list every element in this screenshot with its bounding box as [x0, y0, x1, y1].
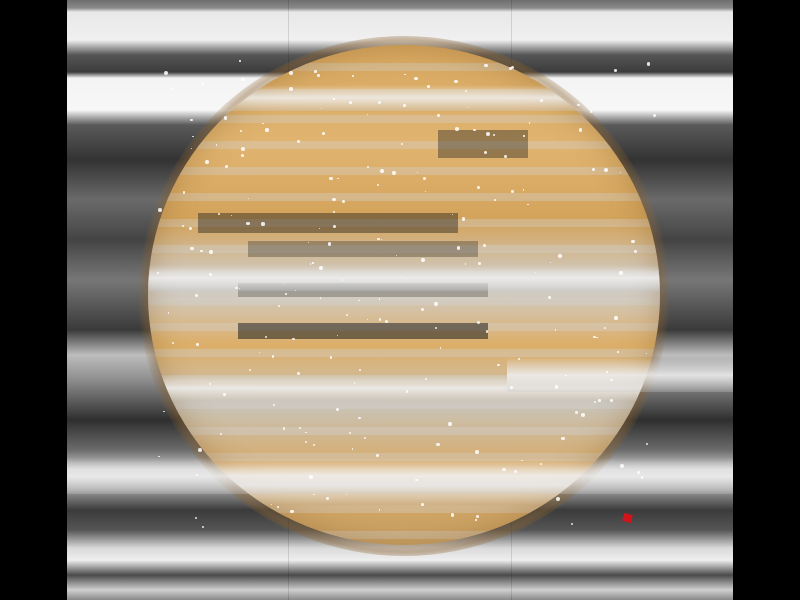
splatter-dot: [322, 132, 325, 135]
splatter-dot: [205, 160, 209, 164]
splatter-dot: [168, 312, 169, 313]
splatter-dot: [196, 474, 198, 476]
splatter-dot: [614, 316, 617, 319]
white-wash: [507, 358, 733, 392]
splatter-dot: [283, 427, 285, 429]
splatter-dot: [342, 279, 343, 280]
splatter-dot: [261, 222, 264, 225]
splatter-dot: [259, 352, 260, 353]
splatter-dot: [484, 64, 488, 68]
splatter-dot: [314, 70, 317, 73]
splatter-dot: [158, 456, 160, 458]
splatter-dot: [332, 198, 335, 201]
splatter-dot: [406, 390, 408, 392]
splatter-dot: [571, 523, 573, 525]
splatter-dot: [379, 318, 381, 320]
splatter-dot: [550, 262, 551, 263]
splatter-dot: [265, 128, 269, 132]
splatter-dot: [415, 479, 417, 481]
splatter-dot: [196, 343, 199, 346]
splatter-dot: [527, 204, 529, 206]
splatter-dot: [478, 262, 481, 265]
splatter-dot: [523, 189, 524, 190]
splatter-dot: [189, 227, 191, 229]
splatter-dot: [305, 432, 307, 434]
splatter-dot: [523, 135, 524, 136]
splatter-dot: [451, 513, 454, 516]
splatter-dot: [246, 222, 249, 225]
splatter-dot: [285, 293, 286, 294]
splatter-dot: [465, 90, 467, 92]
splatter-dot: [477, 186, 480, 189]
splatter-dot: [427, 85, 430, 88]
splatter-dot: [579, 128, 582, 131]
splatter-dot: [377, 238, 379, 240]
splatter-dot: [202, 526, 204, 528]
splatter-dot: [376, 454, 378, 456]
splatter-dot: [454, 80, 457, 83]
splatter-dot: [435, 327, 437, 329]
splatter-dot: [404, 74, 405, 75]
splatter-dot: [493, 134, 495, 136]
splatter-dot: [190, 119, 192, 121]
splatter-dot: [336, 408, 339, 411]
splatter-dot: [421, 503, 424, 506]
splatter-dot: [483, 244, 486, 247]
splatter-dot: [328, 242, 331, 245]
splatter-dot: [653, 114, 656, 117]
splatter-dot: [486, 330, 488, 332]
splatter-dot: [320, 297, 321, 298]
splatter-dot: [641, 476, 643, 478]
splatter-dot: [163, 411, 164, 412]
splatter-dot: [457, 246, 461, 250]
white-wash: [148, 265, 660, 291]
splatter-dot: [497, 364, 499, 366]
calligraphy-mark: [198, 213, 458, 233]
splatter-dot: [437, 114, 439, 116]
splatter-dot: [565, 375, 566, 376]
splatter-dot: [190, 247, 193, 250]
splatter-dot: [448, 422, 451, 425]
splatter-dot: [529, 122, 531, 124]
splatter-dot: [309, 475, 313, 479]
splatter-dot: [598, 399, 600, 401]
splatter-dot: [352, 75, 354, 77]
splatter-dot: [239, 60, 240, 61]
splatter-dot: [510, 386, 513, 389]
splatter-dot: [494, 199, 496, 201]
splatter-dot: [462, 217, 466, 221]
splatter-dot: [312, 262, 313, 263]
splatter-dot: [646, 443, 648, 445]
splatter-dot: [235, 287, 237, 289]
splatter-dot: [333, 225, 336, 228]
splatter-dot: [290, 510, 293, 513]
splatter-dot: [240, 130, 242, 132]
white-wash: [148, 85, 660, 111]
splatter-dot: [317, 74, 320, 77]
splatter-dot: [271, 504, 272, 505]
calligraphy-mark: [238, 323, 488, 339]
splatter-dot: [216, 144, 217, 145]
splatter-dot: [606, 371, 607, 372]
splatter-dot: [231, 215, 232, 216]
splatter-dot: [218, 213, 220, 215]
splatter-dot: [223, 393, 226, 396]
splatter-dot: [239, 288, 240, 289]
splatter-dot: [157, 272, 159, 274]
splatter-dot: [310, 263, 311, 264]
splatter-dot: [392, 171, 396, 175]
splatter-dot: [421, 308, 424, 311]
splatter-dot: [504, 155, 507, 158]
splatter-dot: [436, 443, 439, 446]
splatter-dot: [292, 338, 294, 340]
splatter-dot: [647, 62, 650, 65]
splatter-dot: [604, 168, 608, 172]
splatter-dot: [403, 104, 406, 107]
red-seal: [622, 513, 633, 523]
splatter-dot: [558, 254, 562, 258]
splatter-dot: [319, 228, 320, 229]
splatter-dot: [401, 276, 402, 277]
splatter-dot: [475, 519, 476, 520]
splatter-dot: [349, 432, 351, 434]
splatter-dot: [277, 506, 279, 508]
calligraphy-mark: [438, 130, 528, 158]
splatter-dot: [329, 177, 333, 181]
splatter-dot: [421, 258, 425, 262]
splatter-dot: [349, 101, 352, 104]
splatter-dot: [172, 342, 174, 344]
splatter-dot: [455, 127, 459, 131]
splatter-dot: [619, 271, 622, 274]
splatter-dot: [346, 314, 348, 316]
splatter-dot: [614, 69, 617, 72]
splatter-dot: [610, 379, 612, 381]
splatter-dot: [617, 351, 618, 352]
splatter-dot: [333, 211, 335, 213]
splatter-dot: [592, 168, 595, 171]
splatter-dot: [555, 385, 558, 388]
splatter-dot: [475, 450, 479, 454]
splatter-dot: [241, 78, 244, 81]
splatter-dot: [467, 107, 468, 108]
painting: [67, 0, 733, 600]
splatter-dot: [337, 178, 338, 179]
splatter-dot: [518, 358, 520, 360]
white-wash: [67, 458, 733, 494]
splatter-dot: [164, 71, 168, 75]
splatter-dot: [241, 147, 245, 151]
calligraphy-mark: [248, 241, 478, 257]
splatter-dot: [631, 240, 635, 244]
splatter-dot: [590, 110, 592, 112]
splatter-dot: [381, 239, 382, 240]
splatter-dot: [195, 517, 197, 519]
splatter-dot: [333, 98, 334, 99]
splatter-dot: [434, 302, 438, 306]
